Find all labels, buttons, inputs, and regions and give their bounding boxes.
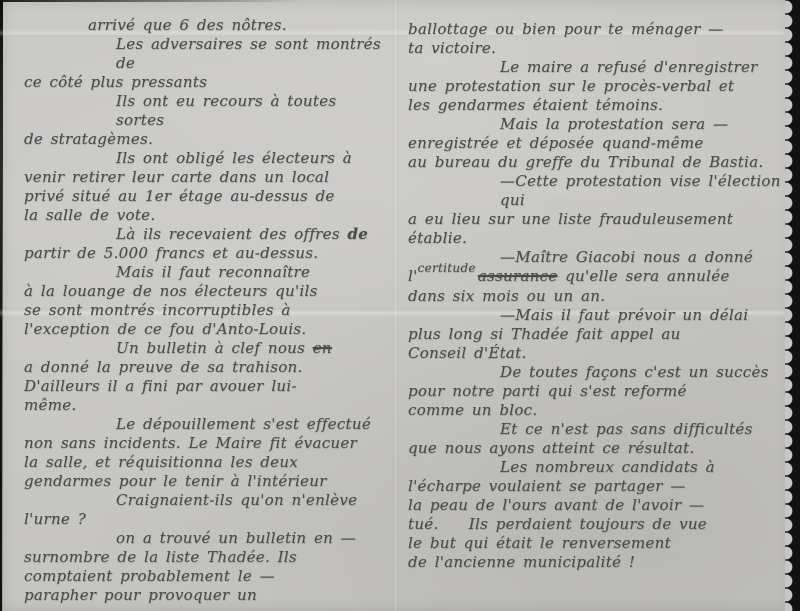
handwritten-line: l'certitudeassurance qu'elle sera annulé… bbox=[408, 267, 790, 287]
text-segment: la peau de l'ours avant de l'avoir — bbox=[408, 496, 704, 514]
handwritten-line: comme un bloc. bbox=[408, 401, 790, 420]
fold-crease-vertical bbox=[393, 0, 398, 611]
text-segment: que nous ayons atteint ce résultat. bbox=[408, 439, 694, 457]
handwritten-line: pour notre parti qui s'est reformé bbox=[408, 382, 790, 401]
handwritten-line: on a trouvé un bulletin en — bbox=[24, 529, 392, 548]
handwritten-line: a eu lieu sur une liste frauduleusement bbox=[408, 210, 790, 229]
handwritten-line: Mais il faut reconnaître bbox=[24, 263, 392, 282]
scan-edge-top bbox=[0, 0, 300, 2]
text-segment: surnombre de la liste Thadée. Ils bbox=[24, 548, 297, 566]
handwritten-line: venir retirer leur carte dans un local bbox=[24, 168, 392, 187]
text-segment: Mais il faut reconnaître bbox=[116, 263, 310, 281]
text-segment: Un bulletin à clef nous bbox=[116, 339, 313, 357]
text-segment: qu'elle sera annulée bbox=[558, 267, 730, 285]
text-segment: de bbox=[347, 225, 368, 243]
handwritten-line: a donné la preuve de sa trahison. bbox=[24, 358, 392, 377]
handwritten-line: la salle, et réquisitionna les deux bbox=[24, 453, 392, 472]
text-segment: Les adversaires se sont montrés de bbox=[116, 35, 388, 72]
handwritten-line: Les nombreux candidats à bbox=[408, 458, 790, 477]
text-segment: on a trouvé un bulletin en — bbox=[116, 529, 356, 547]
inserted-text: certitude bbox=[418, 259, 476, 278]
text-segment: Le maire a refusé d'enregistrer bbox=[500, 58, 758, 76]
handwritten-line: de l'ancienne municipalité ! bbox=[408, 553, 790, 572]
scan-edge-left bbox=[0, 0, 3, 611]
handwritten-line: ballottage ou bien pour te ménager — bbox=[408, 20, 790, 39]
letter-page-left: arrivé que 6 des nôtres.Les adversaires … bbox=[24, 16, 392, 605]
text-segment: Les nombreux candidats à bbox=[500, 458, 715, 476]
handwritten-line: tué. Ils perdaient toujours de vue bbox=[408, 515, 790, 534]
struck-text: en bbox=[313, 339, 332, 357]
text-segment: —Mais il faut prévoir un délai bbox=[500, 306, 748, 324]
handwritten-line: plus long si Thadée fait appel au bbox=[408, 325, 790, 344]
handwritten-line: que nous ayons atteint ce résultat. bbox=[408, 439, 790, 458]
handwritten-line: même. bbox=[24, 396, 392, 415]
handwritten-line: partir de 5.000 francs et au-dessus. bbox=[24, 244, 392, 263]
text-segment: Craignaient-ils qu'on n'enlève bbox=[116, 491, 357, 509]
text-segment: parapher pour provoquer un bbox=[24, 586, 257, 604]
handwritten-line: la salle de vote. bbox=[24, 206, 392, 225]
text-segment: le but qui était le renversement bbox=[408, 534, 671, 552]
text-segment: se sont montrés incorruptibles à bbox=[24, 301, 291, 319]
deckled-edge-right bbox=[785, 0, 800, 611]
handwritten-line: au bureau du greffe du Tribunal de Basti… bbox=[408, 153, 790, 172]
handwritten-line: l'écharpe voulaient se partager — bbox=[408, 477, 790, 496]
text-segment: dans six mois ou un an. bbox=[408, 287, 605, 305]
handwritten-line: surnombre de la liste Thadée. Ils bbox=[24, 548, 392, 567]
text-segment: même. bbox=[24, 396, 76, 414]
handwritten-line: de stratagèmes. bbox=[24, 130, 392, 149]
handwritten-line: une protestation sur le procès-verbal et bbox=[408, 77, 790, 96]
text-segment: Mais la protestation sera — bbox=[500, 115, 728, 133]
text-segment: comme un bloc. bbox=[408, 401, 537, 419]
text-segment: —Maître Giacobi nous a donné bbox=[500, 248, 753, 266]
handwritten-line: la peau de l'ours avant de l'avoir — bbox=[408, 496, 790, 515]
text-segment: l'urne ? bbox=[24, 510, 86, 528]
handwritten-line: —Cette protestation vise l'élection qui bbox=[408, 172, 790, 210]
text-segment: tué. Ils perdaient toujours de vue bbox=[408, 515, 707, 533]
handwritten-line: —Mais il faut prévoir un délai bbox=[408, 306, 790, 325]
text-segment: non sans incidents. Le Maire fit évacuer bbox=[24, 434, 357, 452]
handwritten-line: se sont montrés incorruptibles à bbox=[24, 301, 392, 320]
handwritten-line: les gendarmes étaient témoins. bbox=[408, 96, 790, 115]
text-segment: comptaient probablement le — bbox=[24, 567, 275, 585]
handwritten-line: Mais la protestation sera — bbox=[408, 115, 790, 134]
text-segment: les gendarmes étaient témoins. bbox=[408, 96, 663, 114]
handwritten-line: Les adversaires se sont montrés de bbox=[24, 35, 392, 73]
handwritten-line: De toutes façons c'est un succès bbox=[408, 363, 790, 382]
text-segment: Ils ont obligé les électeurs à bbox=[116, 149, 352, 167]
handwritten-line: l'exception de ce fou d'Anto-Louis. bbox=[24, 320, 392, 339]
text-segment: Le dépouillement s'est effectué bbox=[116, 415, 371, 433]
handwritten-line: le but qui était le renversement bbox=[408, 534, 790, 553]
text-segment: ballottage ou bien pour te ménager — bbox=[408, 20, 723, 38]
text-segment: l' bbox=[408, 267, 418, 285]
handwritten-line: Ils ont obligé les électeurs à bbox=[24, 149, 392, 168]
text-segment: D'ailleurs il a fini par avouer lui- bbox=[24, 377, 297, 395]
handwritten-line: Là ils recevaient des offres de bbox=[24, 225, 392, 244]
text-segment: privé situé au 1er étage au-dessus de bbox=[24, 187, 335, 205]
handwritten-line: l'urne ? bbox=[24, 510, 392, 529]
handwritten-line: Et ce n'est pas sans difficultés bbox=[408, 420, 790, 439]
handwritten-line: arrivé que 6 des nôtres. bbox=[24, 16, 392, 35]
scanned-letter: arrivé que 6 des nôtres.Les adversaires … bbox=[0, 0, 800, 611]
handwritten-line: D'ailleurs il a fini par avouer lui- bbox=[24, 377, 392, 396]
text-segment: pour notre parti qui s'est reformé bbox=[408, 382, 687, 400]
handwritten-line: ce côté plus pressants bbox=[24, 73, 392, 92]
letter-page-right: ballottage ou bien pour te ménager —ta v… bbox=[408, 20, 790, 572]
text-segment: la salle de vote. bbox=[24, 206, 155, 224]
text-segment: une protestation sur le procès-verbal et bbox=[408, 77, 734, 95]
text-segment: à la louange de nos électeurs qu'ils bbox=[24, 282, 318, 300]
text-segment: gendarmes pour le tenir à l'intérieur bbox=[24, 472, 327, 490]
text-segment: l'écharpe voulaient se partager — bbox=[408, 477, 686, 495]
text-segment: ce côté plus pressants bbox=[24, 73, 207, 91]
text-segment: —Cette protestation vise l'élection qui bbox=[500, 172, 788, 209]
handwritten-line: dans six mois ou un an. bbox=[408, 287, 790, 306]
text-segment: partir de 5.000 francs et au-dessus. bbox=[24, 244, 318, 262]
text-segment: Conseil d'État. bbox=[408, 344, 527, 362]
text-segment: l'exception de ce fou d'Anto-Louis. bbox=[24, 320, 307, 338]
handwritten-line: à la louange de nos électeurs qu'ils bbox=[24, 282, 392, 301]
text-segment: plus long si Thadée fait appel au bbox=[408, 325, 681, 343]
struck-text: assurance bbox=[478, 267, 558, 285]
handwritten-line: établie. bbox=[408, 229, 790, 248]
text-segment: établie. bbox=[408, 229, 467, 247]
handwritten-line: Conseil d'État. bbox=[408, 344, 790, 363]
text-segment: De toutes façons c'est un succès bbox=[500, 363, 769, 381]
text-segment: Là ils recevaient des offres bbox=[116, 225, 347, 243]
text-segment: enregistrée et déposée quand-même bbox=[408, 134, 704, 152]
handwritten-line: gendarmes pour le tenir à l'intérieur bbox=[24, 472, 392, 491]
handwritten-line: comptaient probablement le — bbox=[24, 567, 392, 586]
handwritten-line: Ils ont eu recours à toutes sortes bbox=[24, 92, 392, 130]
handwritten-line: enregistrée et déposée quand-même bbox=[408, 134, 790, 153]
handwritten-line: parapher pour provoquer un bbox=[24, 586, 392, 605]
text-segment: a eu lieu sur une liste frauduleusement bbox=[408, 210, 733, 228]
text-segment: de stratagèmes. bbox=[24, 130, 153, 148]
text-segment: Et ce n'est pas sans difficultés bbox=[500, 420, 753, 438]
handwritten-line: non sans incidents. Le Maire fit évacuer bbox=[24, 434, 392, 453]
text-segment: au bureau du greffe du Tribunal de Basti… bbox=[408, 153, 763, 171]
handwritten-line: Le dépouillement s'est effectué bbox=[24, 415, 392, 434]
handwritten-line: Craignaient-ils qu'on n'enlève bbox=[24, 491, 392, 510]
text-segment: de l'ancienne municipalité ! bbox=[408, 553, 635, 571]
handwritten-line: ta victoire. bbox=[408, 39, 790, 58]
text-segment: a donné la preuve de sa trahison. bbox=[24, 358, 303, 376]
handwritten-line: Le maire a refusé d'enregistrer bbox=[408, 58, 790, 77]
handwritten-line: privé situé au 1er étage au-dessus de bbox=[24, 187, 392, 206]
handwritten-line: Un bulletin à clef nous en bbox=[24, 339, 392, 358]
text-segment: arrivé que 6 des nôtres. bbox=[88, 16, 287, 34]
text-segment: ta victoire. bbox=[408, 39, 496, 57]
text-segment: la salle, et réquisitionna les deux bbox=[24, 453, 298, 471]
text-segment: venir retirer leur carte dans un local bbox=[24, 168, 329, 186]
text-segment: Ils ont eu recours à toutes sortes bbox=[116, 92, 344, 129]
